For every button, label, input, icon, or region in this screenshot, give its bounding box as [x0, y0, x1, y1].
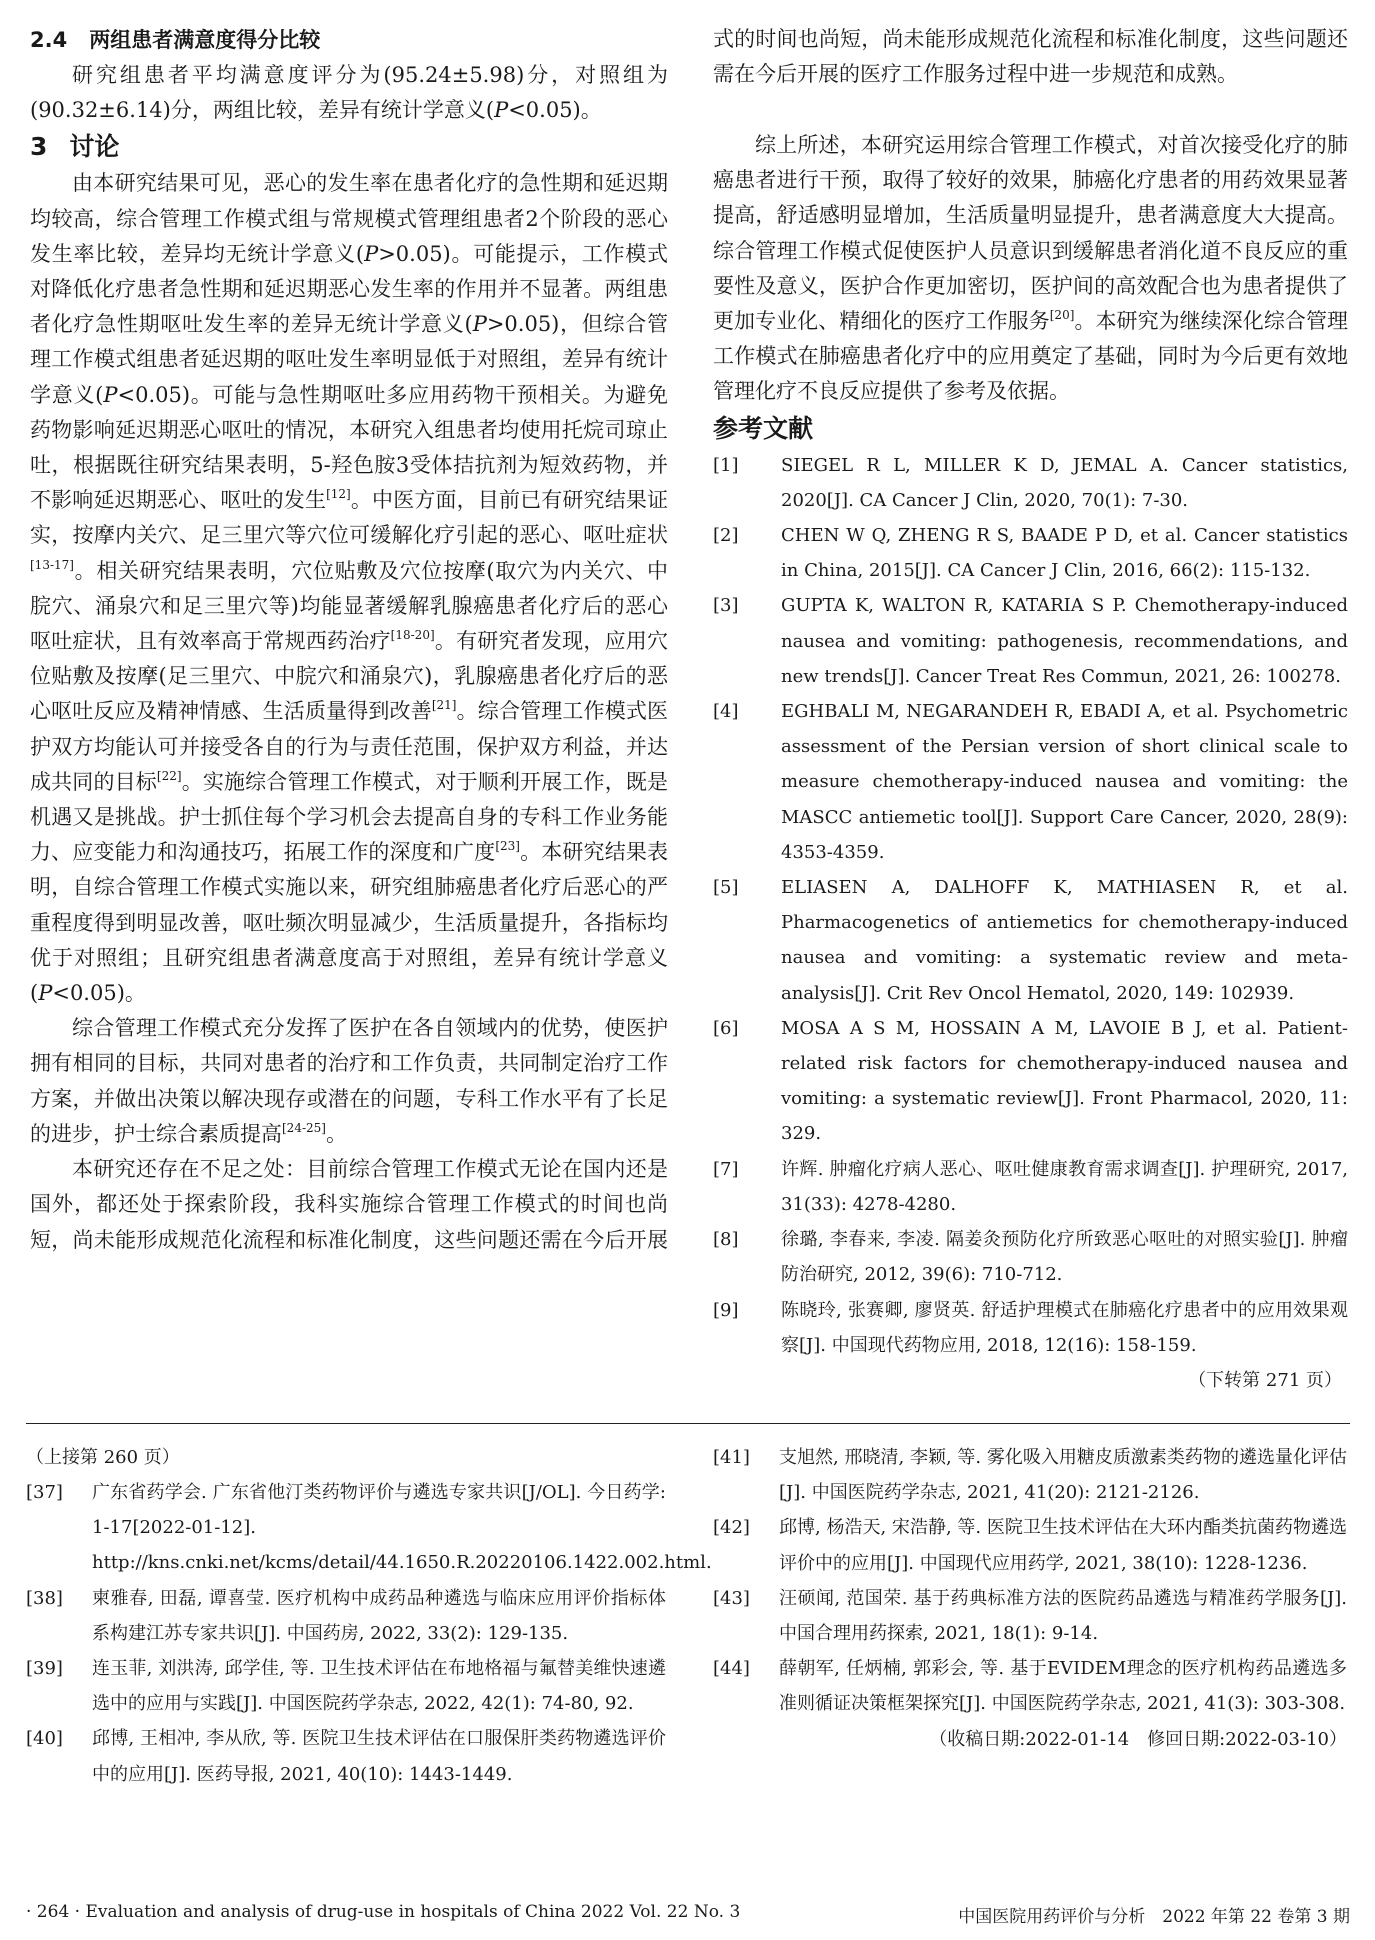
subsection-heading: 2.4两组患者满意度得分比较	[30, 22, 668, 58]
reference-item: [8]徐璐, 李春来, 李凌. 隔姜灸预防化疗所致恶心呕吐的对照实验[J]. 肿…	[713, 1222, 1348, 1292]
reference-item: [2]CHEN W Q, ZHENG R S, BAADE P D, et al…	[713, 518, 1348, 588]
citation[interactable]: [18-20]	[391, 628, 435, 642]
section-divider	[26, 1423, 1350, 1424]
paragraph-conclusion: 综上所述，本研究运用综合管理工作模式，对首次接受化疗的肺癌患者进行干预，取得了较…	[713, 128, 1348, 410]
references-heading: 参考文献	[713, 410, 1348, 448]
citation[interactable]: [20]	[1050, 308, 1075, 322]
reference-item: [40]邱博, 王相冲, 李从欣, 等. 医院卫生技术评估在口服保肝类药物遴选评…	[26, 1721, 666, 1791]
received-dates: （收稿日期:2022-01-14 修回日期:2022-03-10）	[713, 1722, 1347, 1757]
citation[interactable]: [22]	[157, 769, 182, 783]
reference-item: [4]EGHBALI M, NEGARANDEH R, EBADI A, et …	[713, 694, 1348, 870]
reference-item: [9]陈晓玲, 张赛卿, 廖贤英. 舒适护理模式在肺癌化疗患者中的应用效果观察[…	[713, 1293, 1348, 1363]
continued-on-note: （下转第 271 页）	[713, 1363, 1348, 1398]
paragraph-discussion-3: 本研究还存在不足之处：目前综合管理工作模式无论在国内还是国外，都还处于探索阶段，…	[30, 1152, 668, 1258]
citation[interactable]: [23]	[495, 839, 520, 853]
citation[interactable]: [12]	[326, 487, 351, 501]
continued-refs-left: （上接第 260 页） [37]广东省药学会. 广东省他汀类药物评价与遴选专家共…	[26, 1440, 666, 1792]
footer-journal-english: · 264 · Evaluation and analysis of drug-…	[26, 1902, 740, 1927]
reference-item: [39]连玉菲, 刘洪涛, 邱学佳, 等. 卫生技术评估在布地格福与氟替美维快速…	[26, 1651, 666, 1721]
paragraph-discussion-1: 由本研究结果可见，恶心的发生率在患者化疗的急性期和延迟期均较高，综合管理工作模式…	[30, 166, 668, 1011]
paragraph-discussion-3-continued: 本研究还存在不足之处：目前综合管理工作模式无论在国内还是国外，都还处于探索阶段，…	[713, 22, 1348, 128]
reference-item: [43]汪硕闻, 范国荣. 基于药典标准方法的医院药品遴选与精准药学服务[J].…	[713, 1581, 1347, 1651]
reference-item: [37]广东省药学会. 广东省他汀类药物评价与遴选专家共识[J/OL]. 今日药…	[26, 1475, 666, 1581]
reference-item: [3]GUPTA K, WALTON R, KATARIA S P. Chemo…	[713, 588, 1348, 694]
reference-item: [44]薛朝军, 任炳楠, 郭彩会, 等. 基于EVIDEM理念的医疗机构药品遴…	[713, 1651, 1347, 1721]
footer-journal-chinese: 中国医院用药评价与分析 2022 年第 22 卷第 3 期	[958, 1902, 1350, 1927]
reference-item: [41]支旭然, 邢晓清, 李颖, 等. 雾化吸入用糖皮质激素类药物的遴选量化评…	[713, 1440, 1347, 1510]
citation[interactable]: [13-17]	[30, 558, 74, 572]
right-column: 本研究还存在不足之处：目前综合管理工作模式无论在国内还是国外，都还处于探索阶段，…	[713, 22, 1348, 1398]
paragraph-discussion-2: 综合管理工作模式充分发挥了医护在各自领域内的优势，使医护拥有相同的目标，共同对患…	[30, 1011, 668, 1152]
reference-list: [1]SIEGEL R L, MILLER K D, JEMAL A. Canc…	[713, 448, 1348, 1398]
reference-item: [38]柬雅春, 田磊, 谭喜莹. 医疗机构中成药品种遴选与临床应用评价指标体系…	[26, 1581, 666, 1651]
citation[interactable]: [24-25]	[282, 1121, 326, 1135]
reference-item: [5]ELIASEN A, DALHOFF K, MATHIASEN R, et…	[713, 870, 1348, 1011]
reference-item: [1]SIEGEL R L, MILLER K D, JEMAL A. Canc…	[713, 448, 1348, 518]
page-footer: · 264 · Evaluation and analysis of drug-…	[26, 1902, 1350, 1927]
section-heading-discussion: 3讨论	[30, 128, 668, 166]
citation[interactable]: [21]	[432, 698, 457, 712]
continued-refs-right: [41]支旭然, 邢晓清, 李颖, 等. 雾化吸入用糖皮质激素类药物的遴选量化评…	[713, 1440, 1347, 1757]
paragraph-satisfaction: 研究组患者平均满意度评分为(95.24±5.98)分，对照组为(90.32±6.…	[30, 58, 668, 128]
reference-item: [42]邱博, 杨浩天, 宋浩静, 等. 医院卫生技术评估在大环内酯类抗菌药物遴…	[713, 1510, 1347, 1580]
reference-item: [7]许辉. 肿瘤化疗病人恶心、呕吐健康教育需求调查[J]. 护理研究, 201…	[713, 1152, 1348, 1222]
continued-from-note: （上接第 260 页）	[26, 1440, 666, 1475]
reference-item: [6]MOSA A S M, HOSSAIN A M, LAVOIE B J, …	[713, 1011, 1348, 1152]
left-column: 2.4两组患者满意度得分比较 研究组患者平均满意度评分为(95.24±5.98)…	[30, 22, 668, 1258]
